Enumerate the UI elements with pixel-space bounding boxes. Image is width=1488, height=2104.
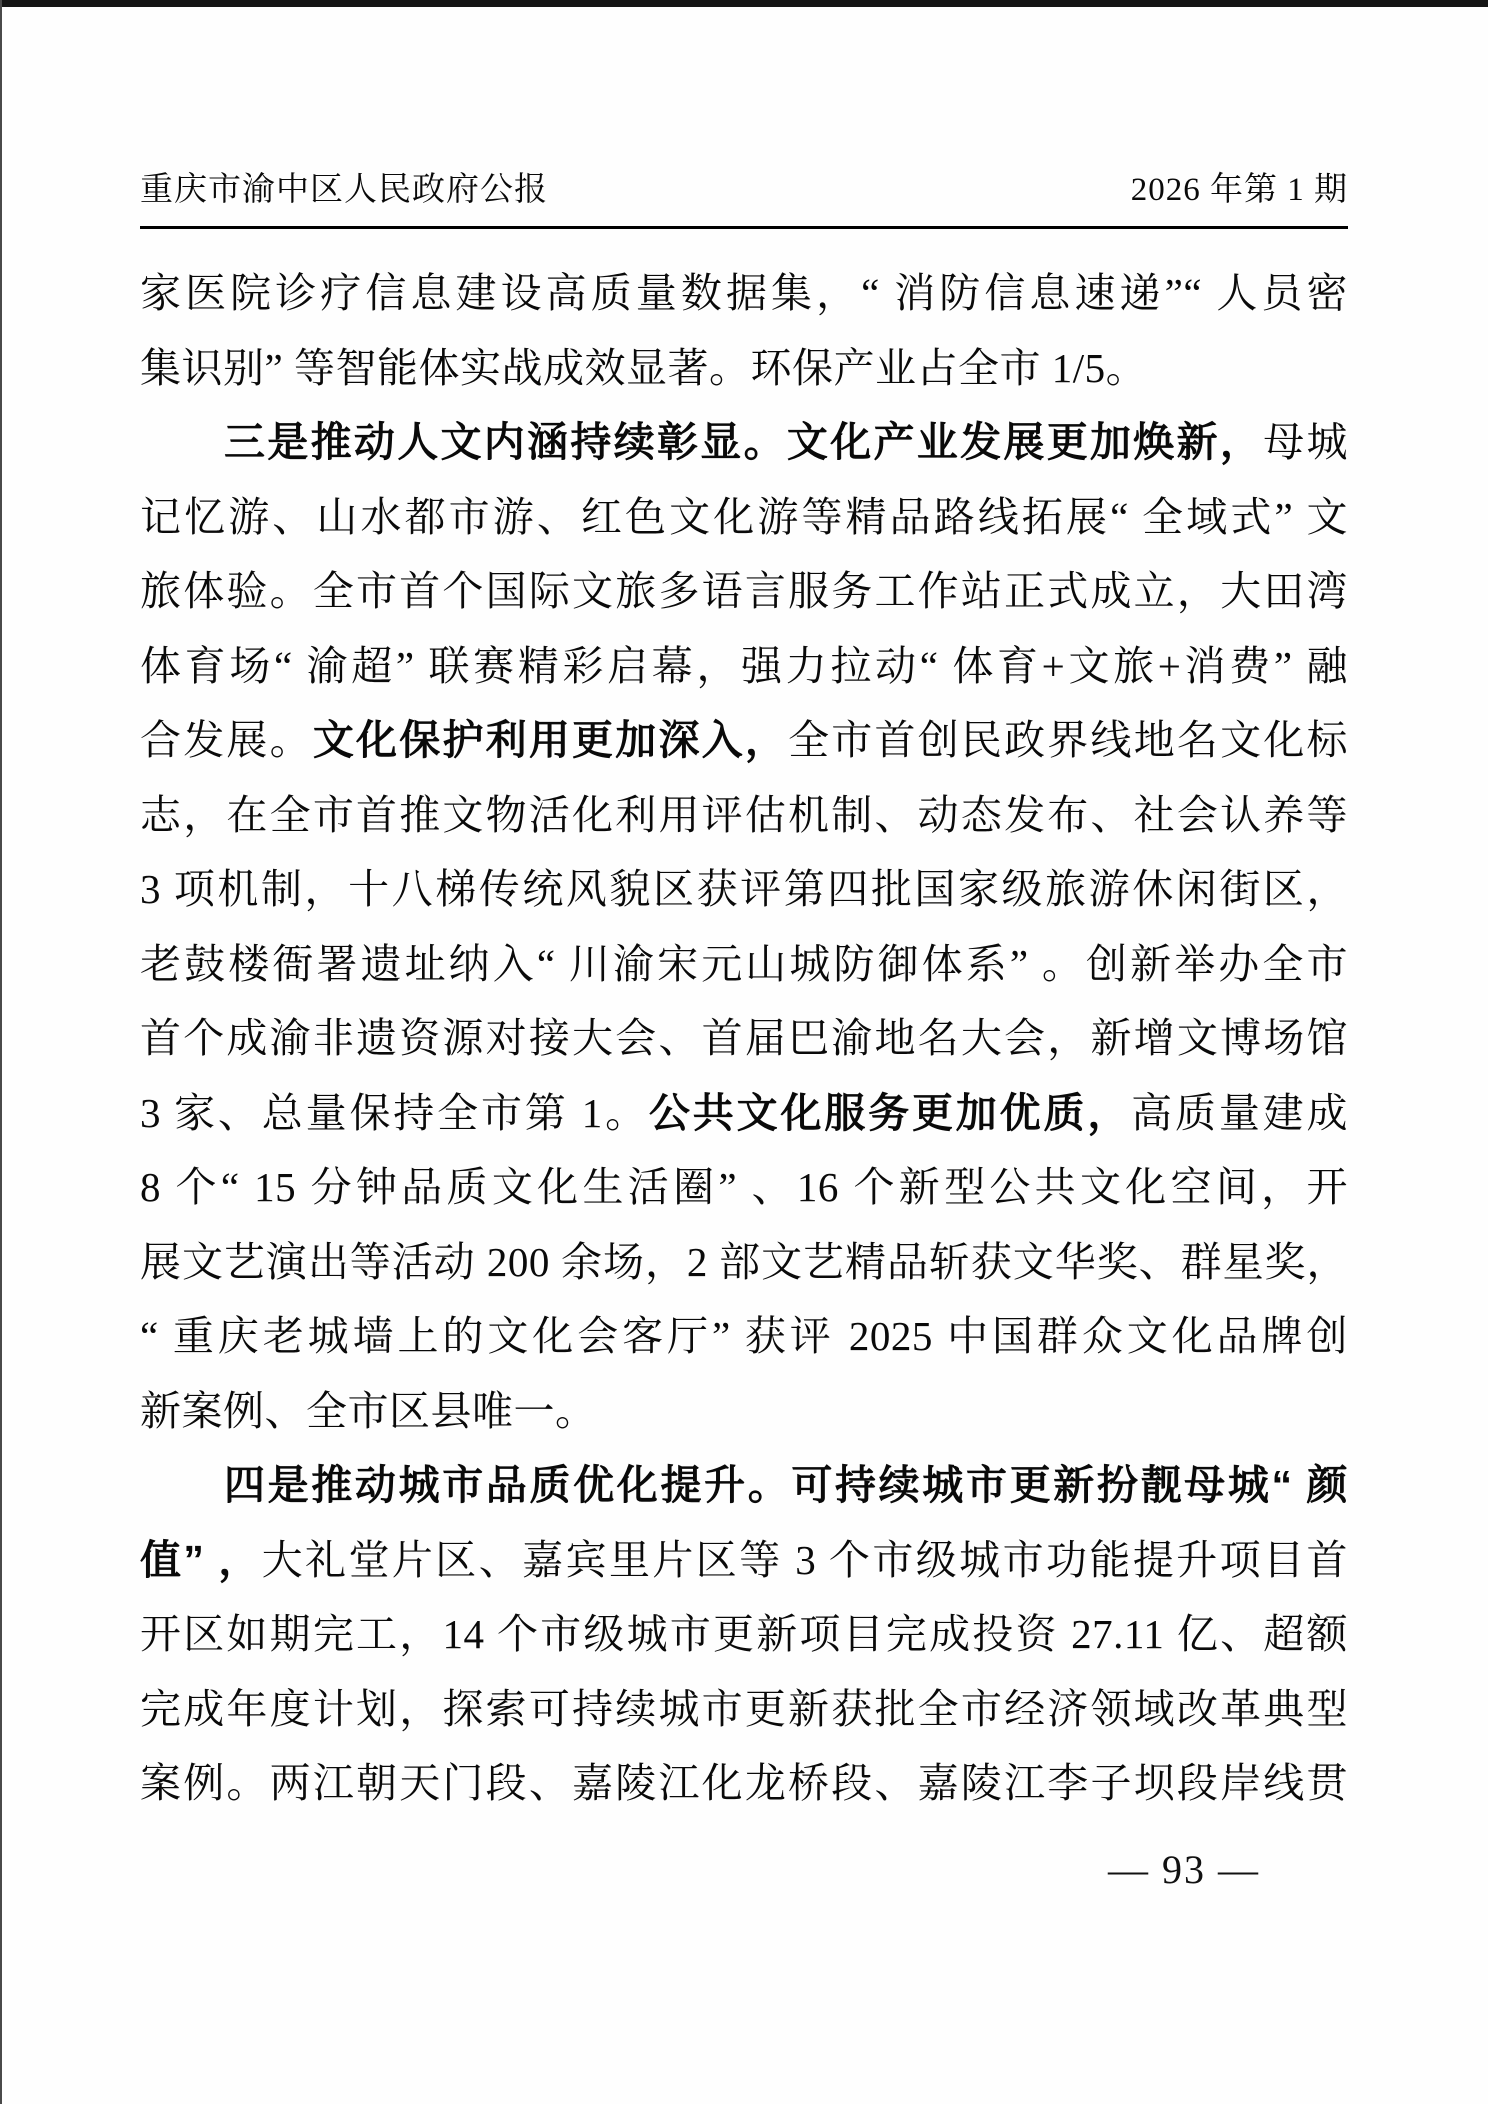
header-publication-title: 重庆市渝中区人民政府公报: [140, 170, 548, 210]
body-line: 3 家、总量保持全市第 1。公共文化服务更加优质，高质量建成: [140, 1076, 1348, 1151]
runin-heading: 三是推动人文内涵持续彰显。文化产业发展更加焕新，: [224, 419, 1263, 465]
body-line: 首个成渝非遗资源对接大会、首届巴渝地名大会，新增文博场馆: [140, 1001, 1348, 1076]
paragraph: 家医院诊疗信息建设高质量数据集，“ 消防信息速递”“ 人员密 集识别” 等智能体…: [140, 256, 1348, 405]
runin-heading: 公共文化服务更加优质，: [649, 1090, 1131, 1136]
body-line: 集识别” 等智能体实战成效显著。环保产业占全市 1/5。: [140, 331, 1348, 406]
page-number: — 93 —: [140, 1846, 1260, 1893]
body-line-text: 3 家、总量保持全市第 1。: [140, 1090, 649, 1136]
page-header: 重庆市渝中区人民政府公报 2026 年第 1 期: [140, 170, 1348, 210]
body-line: 完成年度计划，探索可持续城市更新获批全市经济领域改革典型: [140, 1672, 1348, 1747]
body-line-text: 高质量建成: [1131, 1090, 1348, 1136]
body-line: 3 项机制，十八梯传统风貌区获评第四批国家级旅游休闲街区，: [140, 852, 1348, 927]
body-line: 四是推动城市品质优化提升。可持续城市更新扮靓母城“ 颜: [140, 1448, 1348, 1523]
body-line: “ 重庆老城墙上的文化会客厅” 获评 2025 中国群众文化品牌创: [140, 1299, 1348, 1374]
body-line: 三是推动人文内涵持续彰显。文化产业发展更加焕新，母城: [140, 405, 1348, 480]
paragraph: 四是推动城市品质优化提升。可持续城市更新扮靓母城“ 颜 值” ，大礼堂片区、嘉宾…: [140, 1448, 1348, 1821]
body-line-text: 合发展。: [140, 717, 313, 763]
scan-edge-top: [0, 0, 1488, 7]
paragraph: 三是推动人文内涵持续彰显。文化产业发展更加焕新，母城 记忆游、山水都市游、红色文…: [140, 405, 1348, 1448]
body-line: 老鼓楼衙署遗址纳入“ 川渝宋元山城防御体系” 。创新举办全市: [140, 927, 1348, 1002]
body-line: 开区如期完工，14 个市级城市更新项目完成投资 27.11 亿、超额: [140, 1597, 1348, 1672]
body-line: 新案例、全市区县唯一。: [140, 1374, 1348, 1449]
body-line: 8 个“ 15 分钟品质文化生活圈” 、16 个新型公共文化空间，开: [140, 1150, 1348, 1225]
body-line: 志，在全市首推文物活化利用评估机制、动态发布、社会认养等: [140, 778, 1348, 853]
body-line: 家医院诊疗信息建设高质量数据集，“ 消防信息速递”“ 人员密: [140, 256, 1348, 331]
body-line-text: 母城: [1263, 419, 1348, 465]
body-line: 旅体验。全市首个国际文旅多语言服务工作站正式成立，大田湾: [140, 554, 1348, 629]
runin-heading: 文化保护利用更加深入，: [313, 717, 788, 763]
header-rule: [140, 226, 1348, 229]
body-line: 合发展。文化保护利用更加深入，全市首创民政界线地名文化标: [140, 703, 1348, 778]
gazette-page: 重庆市渝中区人民政府公报 2026 年第 1 期 家医院诊疗信息建设高质量数据集…: [0, 0, 1488, 2104]
body-line: 展文艺演出等活动 200 余场，2 部文艺精品斩获文华奖、群星奖，: [140, 1225, 1348, 1300]
runin-heading: 四是推动城市品质优化提升。可持续城市更新扮靓母城“ 颜: [224, 1462, 1348, 1508]
body-line: 案例。两江朝天门段、嘉陵江化龙桥段、嘉陵江李子坝段岸线贯: [140, 1746, 1348, 1821]
body-line: 值” ，大礼堂片区、嘉宾里片区等 3 个市级城市功能提升项目首: [140, 1523, 1348, 1598]
body-line: 记忆游、山水都市游、红色文化游等精品路线拓展“ 全域式” 文: [140, 480, 1348, 555]
body-line-text: 大礼堂片区、嘉宾里片区等 3 个市级城市功能提升项目首: [262, 1537, 1348, 1583]
body-text: 家医院诊疗信息建设高质量数据集，“ 消防信息速递”“ 人员密 集识别” 等智能体…: [140, 256, 1348, 1821]
scan-edge-left: [0, 0, 2, 2104]
body-line: 体育场“ 渝超” 联赛精彩启幕，强力拉动“ 体育+文旅+消费” 融: [140, 629, 1348, 704]
header-issue-label: 2026 年第 1 期: [1131, 170, 1348, 210]
body-line-text: 全市首创民政界线地名文化标: [788, 717, 1348, 763]
runin-heading: 值” ，: [140, 1537, 262, 1583]
